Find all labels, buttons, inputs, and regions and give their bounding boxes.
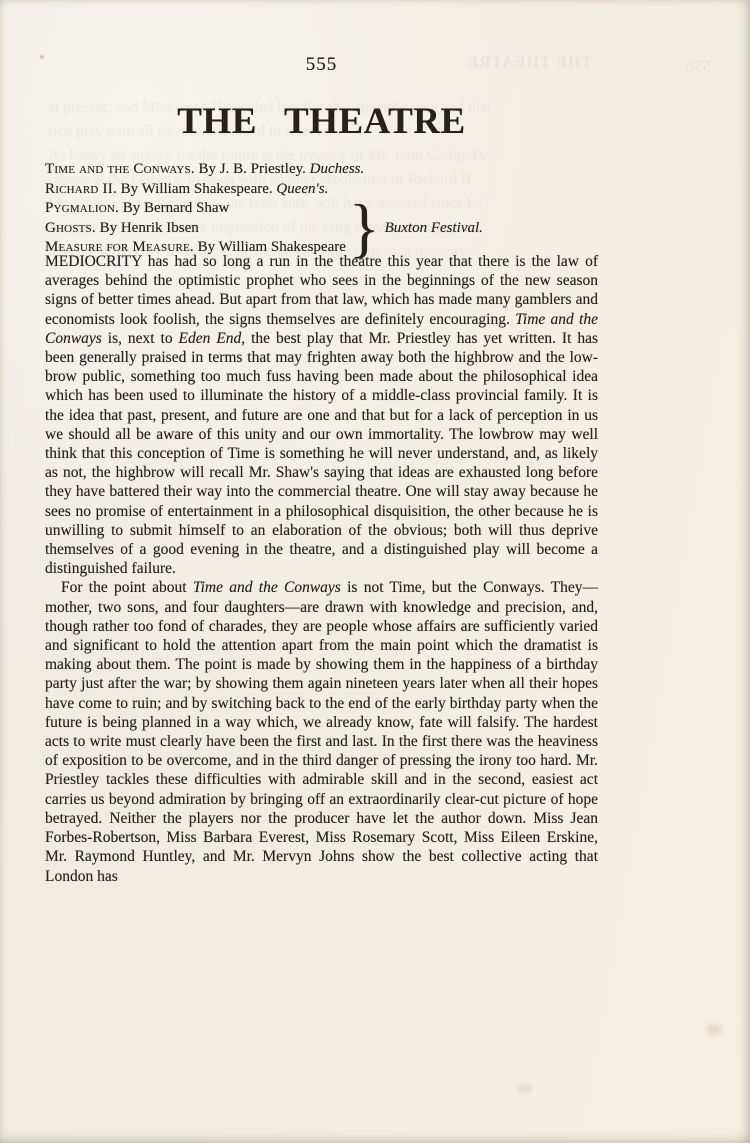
text-run: For the point about bbox=[61, 579, 193, 596]
play-author: By William Shakespeare. bbox=[121, 181, 273, 197]
play-author: By Henrik Ibsen bbox=[100, 220, 199, 236]
play-title: Ghosts. bbox=[45, 220, 96, 236]
text-run: is not Time, but the Conways. They—mothe… bbox=[45, 579, 598, 884]
grouping-brace: } bbox=[349, 199, 380, 257]
play-title: Time and the Conways. bbox=[45, 161, 195, 177]
play-author: By J. B. Priestley. bbox=[199, 161, 306, 177]
article-body: MEDIOCRITY has had so long a run in the … bbox=[45, 252, 598, 886]
italic-text-run: Eden End bbox=[179, 330, 242, 347]
play-author: By Bernard Shaw bbox=[123, 200, 230, 216]
festival-venue: Buxton Festival. bbox=[385, 219, 483, 239]
review-item: Pygmalion. By Bernard Shaw bbox=[45, 199, 346, 219]
text-run: is, next to bbox=[102, 330, 179, 347]
review-item: Time and the Conways. By J. B. Priestley… bbox=[45, 160, 483, 180]
paper-stain bbox=[706, 1024, 722, 1035]
paper-stain bbox=[40, 55, 44, 59]
play-title: Pygmalion. bbox=[45, 200, 119, 216]
article-title: THE THEATRE bbox=[45, 100, 598, 143]
festival-group: Pygmalion. By Bernard Shaw Ghosts. By He… bbox=[45, 199, 483, 258]
venue: Queen's. bbox=[276, 181, 328, 197]
ghost-page-number: 556 bbox=[686, 57, 712, 77]
review-list: Time and the Conways. By J. B. Priestley… bbox=[45, 160, 483, 258]
review-item: Richard II. By William Shakespeare. Quee… bbox=[45, 180, 483, 200]
review-item: Ghosts. By Henrik Ibsen bbox=[45, 219, 346, 239]
festival-plays: Pygmalion. By Bernard Shaw Ghosts. By He… bbox=[45, 199, 346, 258]
venue: Duchess. bbox=[310, 161, 365, 177]
italic-text-run: Time and the Conways bbox=[193, 579, 341, 596]
page-number: 555 bbox=[45, 54, 598, 76]
scanned-page: 556 THE THEATRE at present, and Miss Ire… bbox=[0, 0, 750, 1143]
paragraph: MEDIOCRITY has had so long a run in the … bbox=[45, 252, 598, 578]
paragraph: For the point about Time and the Conways… bbox=[45, 578, 598, 885]
play-title: Richard II. bbox=[45, 181, 117, 197]
paper-stain bbox=[518, 1084, 532, 1094]
text-run: , the best play that Mr. Priestley has y… bbox=[45, 330, 598, 577]
